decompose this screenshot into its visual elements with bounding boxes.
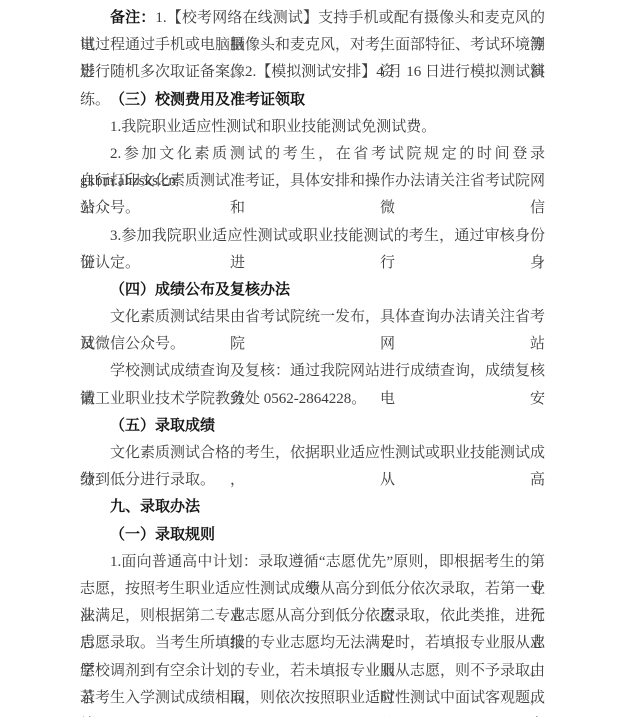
doc-line: 若考生入学测试成绩相同，则依次按照职业适应性测试中面试客观题成绩，从高: [80, 685, 545, 712]
doc-line: 学校测试成绩查询及复核：通过我院网站进行成绩查询，成绩复核请致电安: [80, 358, 545, 385]
doc-line: 文化素质测试结果由省考试院统一发布，具体查询办法请关注省考试院网站: [80, 304, 545, 331]
doc-line: 备注：1.【校考网络在线测试】支持手机或配有摄像头和麦克风的电脑，测: [80, 5, 545, 32]
doc-line: 志愿，按照考生职业适应性测试成绩从高分到低分依次录取，若第一专业志愿无: [80, 576, 545, 603]
doc-line: 进行随机多次取证备案。2.【模拟测试安排】4 月 16 日进行模拟测试演练。: [80, 59, 545, 86]
chapter-heading-admission-method: 九、录取办法: [80, 494, 545, 521]
section-heading-admission-rules: （一）录取规则: [80, 522, 545, 549]
document-page: 备注：1.【校考网络在线测试】支持手机或配有摄像头和麦克风的电脑，测 试过程通过…: [0, 0, 623, 717]
note-label: 备注：: [110, 10, 155, 26]
doc-line: 2.参加文化素质测试的考生，在省考试院规定的时间登录 gkbm.ahzsks.c…: [80, 141, 545, 168]
doc-line: 文化素质测试合格的考生，依据职业适应性测试或职业技能测试成绩，从高: [80, 440, 545, 467]
doc-line: 3.参加我院职业适应性测试或职业技能测试的考生，通过审核身份证进行身: [80, 223, 545, 250]
section-heading-results: （四）成绩公布及复核办法: [80, 277, 545, 304]
section-heading-admission-score: （五）录取成绩: [80, 413, 545, 440]
doc-line: 自行打印文化素质测试准考证，具体安排和操作办法请关注省考试院网站和微信: [80, 168, 545, 195]
doc-line: 法满足，则根据第二专业志愿从高分到低分依次录取，依此类推，进行后续专业: [80, 603, 545, 630]
section-heading-fees: （三）校测费用及准考证领取: [80, 87, 545, 114]
doc-line: 试过程通过手机或电脑摄像头和麦克风，对考生面部特征、考试环境等影像资料: [80, 32, 545, 59]
doc-line: 1.面向普通高中计划：录取遵循“志愿优先”原则，即根据考生的第一专业: [80, 549, 545, 576]
doc-line: 1.我院职业适应性测试和职业技能测试免测试费。: [80, 114, 545, 141]
doc-line: 志愿录取。当考生所填报的专业志愿均无法满足时，若填报专业服从志愿，则由: [80, 630, 545, 657]
doc-line: 学校调剂到有空余计划的专业，若未填报专业服从志愿，则不予录取。录取时，: [80, 658, 545, 685]
